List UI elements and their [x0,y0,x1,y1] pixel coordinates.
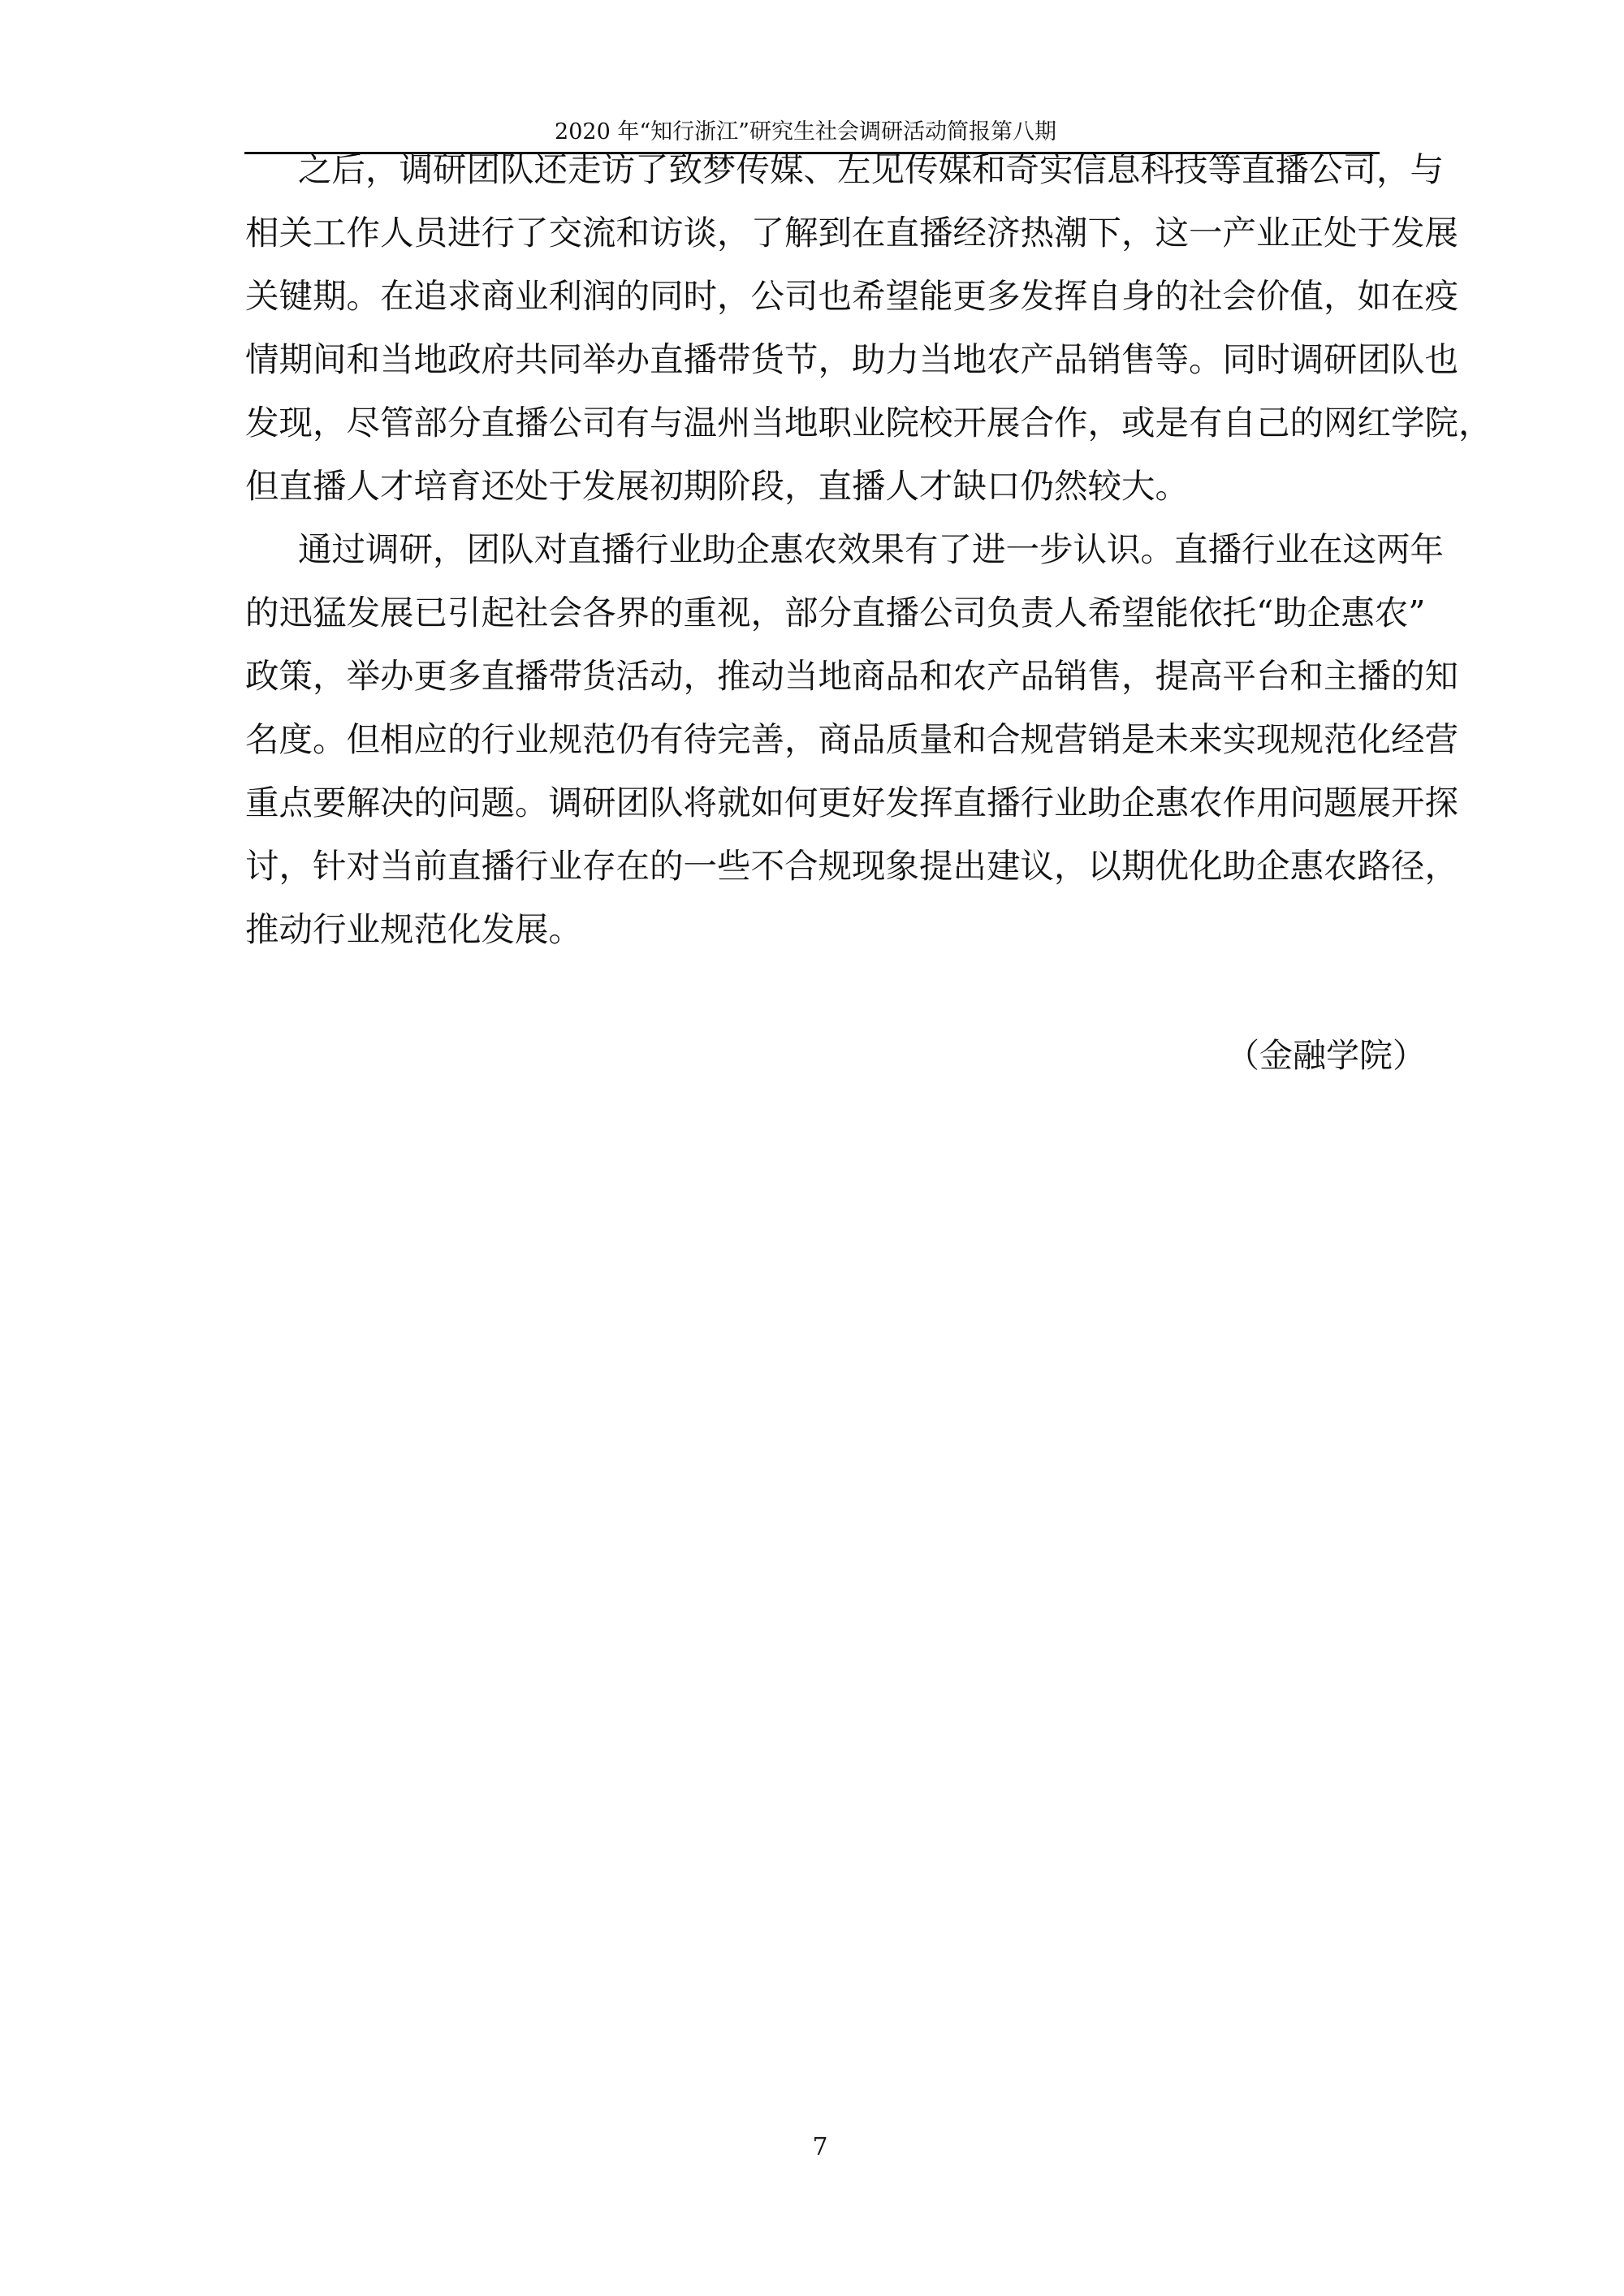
signature-department: （金融学院） [1226,1035,1426,1076]
paragraph-line: 重点要解决的问题。调研团队将就如何更好发挥直播行业助企惠农作用问题展开探 [245,771,1406,835]
document-body: 之后，调研团队还走访了致梦传媒、左见传媒和奇实信息科技等直播公司，与 相关工作人… [245,138,1406,961]
paragraph-line: 发现，尽管部分直播公司有与温州当地职业院校开展合作，或是有自己的网红学院， [245,391,1406,455]
paragraph-line: 但直播人才培育还处于发展初期阶段，直播人才缺口仍然较大。 [245,455,1406,518]
paragraph-line: 相关工作人员进行了交流和访谈，了解到在直播经济热潮下，这一产业正处于发展 [245,201,1406,265]
paragraph-line: 的迅猛发展已引起社会各界的重视，部分直播公司负责人希望能依托“助企惠农” [245,581,1406,645]
paragraph-line: 通过调研，团队对直播行业助企惠农效果有了进一步认识。直播行业在这两年 [245,518,1406,581]
paragraph-1: 之后，调研团队还走访了致梦传媒、左见传媒和奇实信息科技等直播公司，与 相关工作人… [245,138,1406,518]
paragraph-line: 推动行业规范化发展。 [245,898,1406,961]
paragraph-line: 政策，举办更多直播带货活动，推动当地商品和农产品销售，提高平台和主播的知 [245,645,1406,708]
paragraph-line: 名度。但相应的行业规范仍有待完善，商品质量和合规营销是未来实现规范化经营 [245,708,1406,771]
paragraph-line: 之后，调研团队还走访了致梦传媒、左见传媒和奇实信息科技等直播公司，与 [245,138,1406,201]
paragraph-line: 关键期。在追求商业利润的同时，公司也希望能更多发挥自身的社会价值，如在疫 [245,265,1406,328]
paragraph-2: 通过调研，团队对直播行业助企惠农效果有了进一步认识。直播行业在这两年 的迅猛发展… [245,518,1406,961]
page-number: 7 [0,2131,1624,2164]
paragraph-line: 情期间和当地政府共同举办直播带货节，助力当地农产品销售等。同时调研团队也 [245,328,1406,391]
paragraph-line: 讨，针对当前直播行业存在的一些不合规现象提出建议，以期优化助企惠农路径， [245,835,1406,898]
